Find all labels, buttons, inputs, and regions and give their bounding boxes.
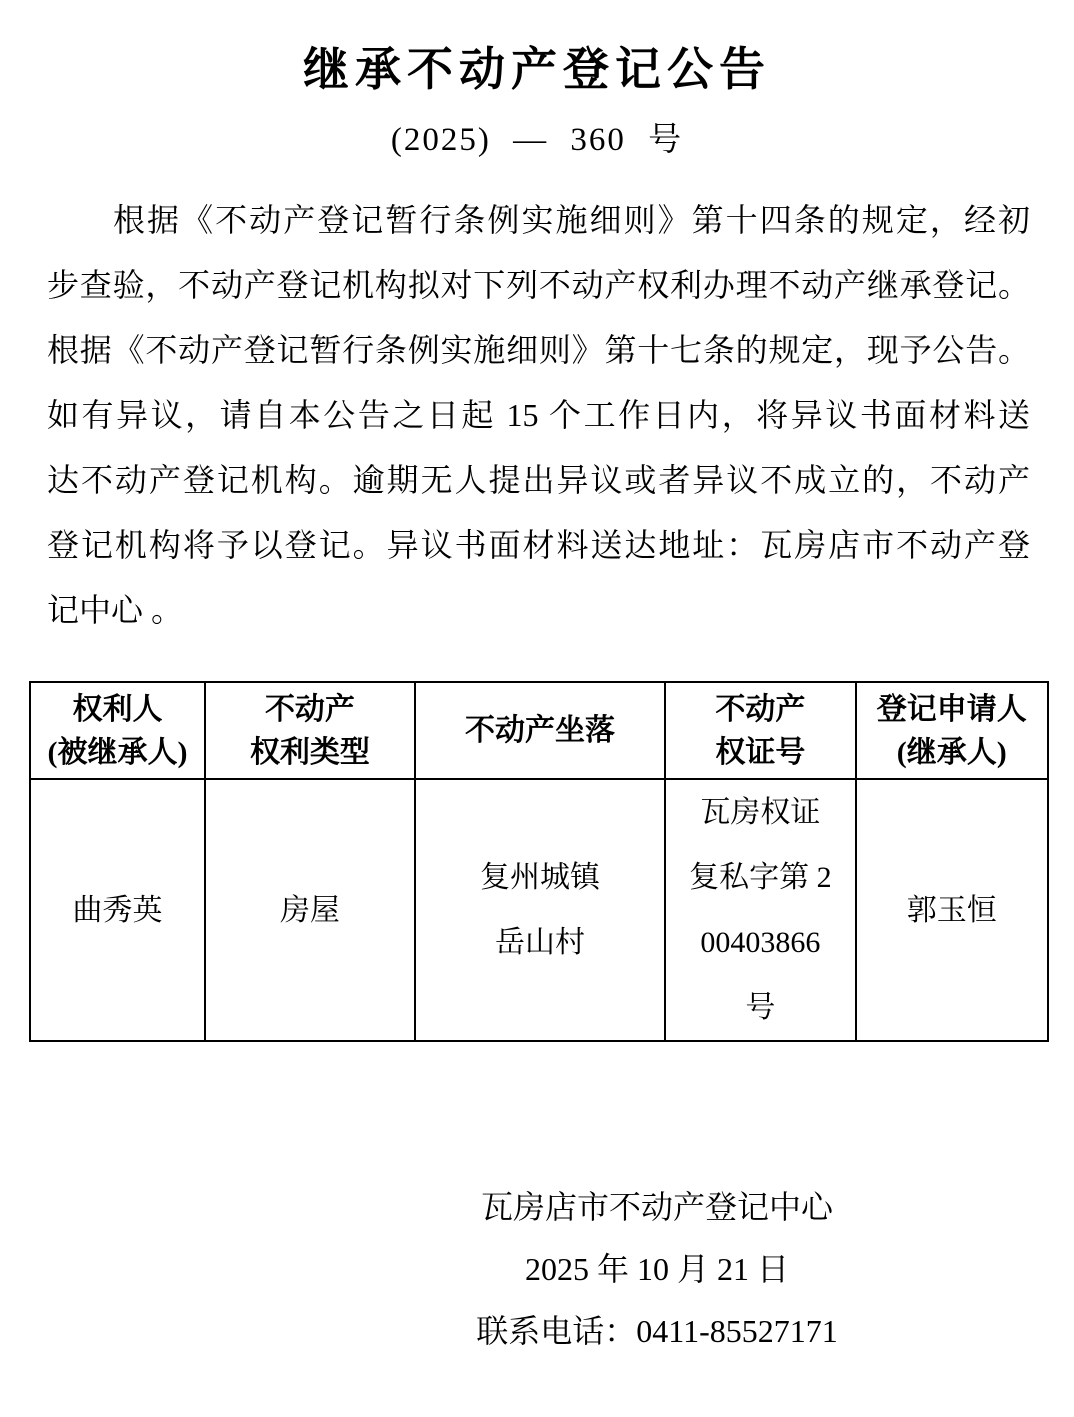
cell-right-type: 房屋 xyxy=(205,779,415,1041)
footer-date: 2025 年 10 月 21 日 xyxy=(240,1249,1074,1289)
body-line-3: 根据《不动产登记暂行条例实施细则》第十七条的规定，现予公告。 xyxy=(47,318,1030,383)
body-line-2: 步查验，不动产登记机构拟对下列不动产权利办理不动产继承登记。 xyxy=(47,253,1030,318)
cell-location: 复州城镇 岳山村 xyxy=(415,779,665,1041)
page-title: 继承不动产登记公告 xyxy=(0,0,1074,96)
cell-cert-no: 瓦房权证 复私字第 2 00403866 号 xyxy=(665,779,855,1041)
header-applicant: 登记申请人 (继承人) xyxy=(856,682,1048,779)
body-line-7: 记中心 。 xyxy=(47,578,1030,643)
notice-body: 根据《不动产登记暂行条例实施细则》第十四条的规定，经初 步查验，不动产登记机构拟… xyxy=(47,188,1030,643)
body-line-6: 登记机构将予以登记。异议书面材料送达地址：瓦房店市不动产登 xyxy=(47,513,1030,578)
footer-phone: 联系电话：0411-85527171 xyxy=(240,1311,1074,1351)
header-right-type: 不动产 权利类型 xyxy=(205,682,415,779)
header-cert-no: 不动产 权证号 xyxy=(665,682,855,779)
table-row: 曲秀英 房屋 复州城镇 岳山村 瓦房权证 复私字第 2 00403866 号 郭… xyxy=(30,779,1048,1041)
header-location: 不动产坐落 xyxy=(415,682,665,779)
property-registration-table: 权利人 (被继承人) 不动产 权利类型 不动产坐落 不动产 权证号 登记申请人 … xyxy=(29,681,1049,1042)
cell-applicant: 郭玉恒 xyxy=(856,779,1048,1041)
body-line-4: 如有异议，请自本公告之日起 15 个工作日内，将异议书面材料送 xyxy=(47,383,1030,448)
cell-owner: 曲秀英 xyxy=(30,779,205,1041)
doc-number: (2025) — 360 号 xyxy=(0,122,1074,158)
notice-document-page: 继承不动产登记公告 (2025) — 360 号 根据《不动产登记暂行条例实施细… xyxy=(0,0,1074,1417)
footer-org: 瓦房店市不动产登记中心 xyxy=(240,1187,1074,1227)
table-header-row: 权利人 (被继承人) 不动产 权利类型 不动产坐落 不动产 权证号 登记申请人 … xyxy=(30,682,1048,779)
body-line-1: 根据《不动产登记暂行条例实施细则》第十四条的规定，经初 xyxy=(47,188,1030,253)
header-owner: 权利人 (被继承人) xyxy=(30,682,205,779)
body-line-5: 达不动产登记机构。逾期无人提出异议或者异议不成立的，不动产 xyxy=(47,448,1030,513)
notice-footer: 瓦房店市不动产登记中心 2025 年 10 月 21 日 联系电话：0411-8… xyxy=(0,1187,1074,1351)
